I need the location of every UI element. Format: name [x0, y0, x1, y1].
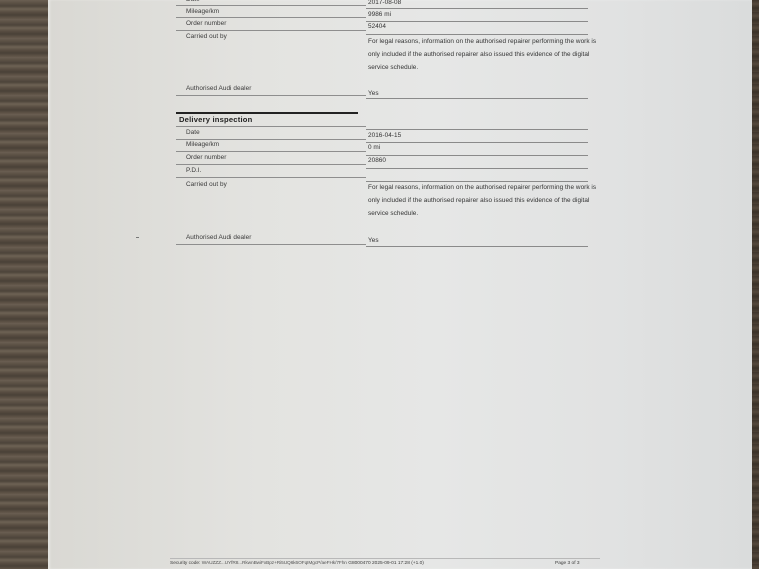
section-heading-bar [176, 112, 358, 114]
divider [176, 139, 366, 140]
row-label: Authorised Audi dealer [186, 85, 251, 92]
divider [366, 168, 588, 169]
row-label: Authorised Audi dealer [186, 234, 251, 241]
divider [176, 164, 366, 165]
row-label: Order number [186, 154, 226, 161]
row-label: Date [186, 0, 200, 3]
row-value: 52404 [368, 20, 598, 33]
row-label: Carried out by [186, 33, 227, 40]
print-timestamp: 2025-09-01 17:28 (+1.0) [372, 561, 424, 566]
row-label: Mileage/km [186, 8, 219, 15]
row-value: For legal reasons, information on the au… [368, 35, 598, 74]
row-label: Mileage/km [186, 141, 219, 148]
divider [176, 5, 366, 6]
row-value: 20860 [368, 154, 598, 167]
security-code-label: Security code: [170, 561, 200, 566]
paper-page: Date 2017-08-08 Mileage/km 9986 mi Order… [48, 0, 752, 569]
security-code: Security code: WAUZZZ...UYfR8...RkwnBwiF… [170, 561, 424, 566]
row-label: Date [186, 129, 200, 136]
divider [176, 244, 366, 245]
margin-mark [136, 237, 139, 238]
security-code-value: WAUZZZ...UYfR8...RkwnBwiFxBpz+Ri5UQ6k6OF… [202, 561, 347, 566]
row-label: Carried out by [186, 181, 227, 188]
row-value: For legal reasons, information on the au… [368, 181, 598, 220]
row-label: Order number [186, 20, 226, 27]
footer-divider [170, 558, 600, 559]
row-value: 0 mi [368, 141, 598, 154]
section-heading-delivery-inspection: Delivery inspection [179, 115, 252, 124]
divider [176, 151, 366, 152]
divider [366, 98, 588, 99]
wood-table-background-left [0, 0, 48, 569]
divider [176, 95, 366, 96]
wood-table-background-right [752, 0, 759, 569]
divider [176, 126, 366, 127]
page-number: Page 3 of 3 [555, 561, 580, 566]
divider [176, 17, 366, 18]
divider [366, 246, 588, 247]
divider [176, 177, 366, 178]
divider [176, 30, 366, 31]
row-label: P.D.I. [186, 167, 201, 174]
document-id: G8000470 [348, 561, 370, 566]
